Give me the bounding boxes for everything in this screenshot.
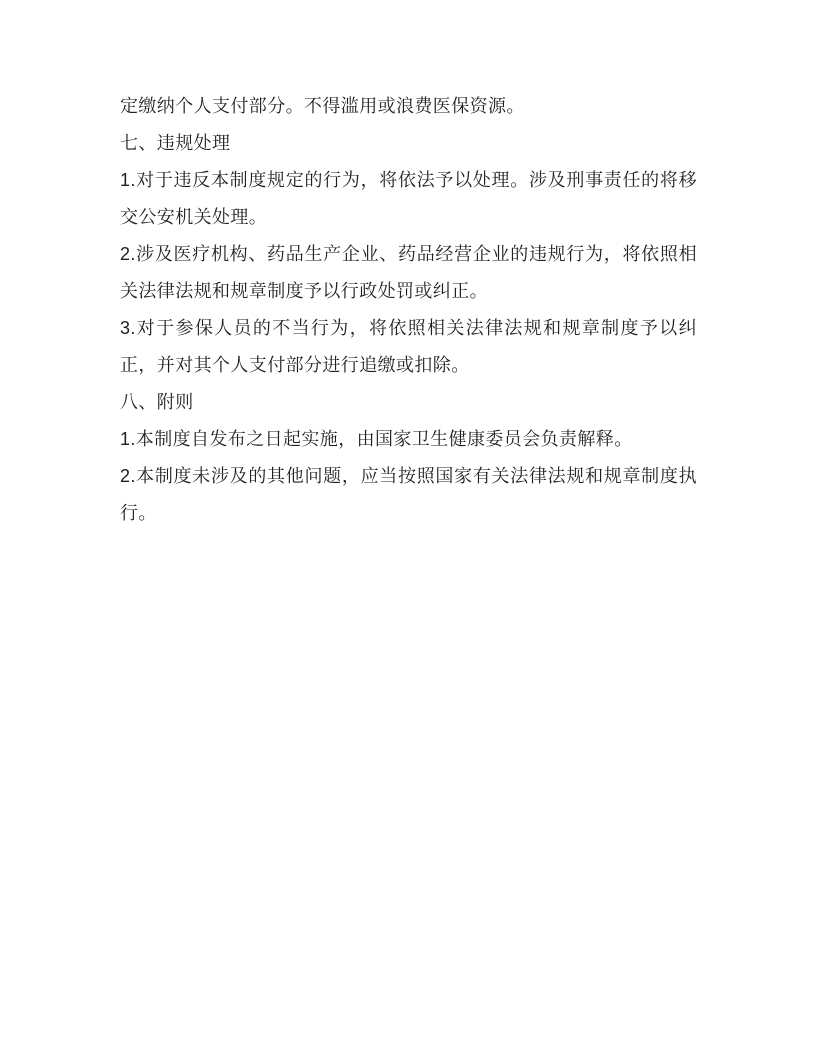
paragraph-line: 关法律法规和规章制度予以行政处罚或纠正。 [120, 273, 697, 310]
paragraph-line: 3.对于参保人员的不当行为，将依照相关法律法规和规章制度予以纠 [120, 310, 697, 347]
paragraph-line: 1.对于违反本制度规定的行为，将依法予以处理。涉及刑事责任的将移 [120, 162, 697, 199]
paragraph-line: 定缴纳个人支付部分。不得滥用或浪费医保资源。 [120, 88, 697, 125]
paragraph-line: 2.本制度未涉及的其他问题，应当按照国家有关法律法规和规章制度执 [120, 458, 697, 495]
paragraph-line: 正，并对其个人支付部分进行追缴或扣除。 [120, 347, 697, 384]
section-heading-line: 八、附则 [120, 384, 697, 421]
paragraph-line: 行。 [120, 495, 697, 532]
section-heading-line: 七、违规处理 [120, 125, 697, 162]
document-content: 定缴纳个人支付部分。不得滥用或浪费医保资源。七、违规处理1.对于违反本制度规定的… [120, 88, 697, 532]
paragraph-line: 2.涉及医疗机构、药品生产企业、药品经营企业的违规行为，将依照相 [120, 236, 697, 273]
paragraph-line: 交公安机关处理。 [120, 199, 697, 236]
paragraph-line: 1.本制度自发布之日起实施，由国家卫生健康委员会负责解释。 [120, 421, 697, 458]
document-page: 定缴纳个人支付部分。不得滥用或浪费医保资源。七、违规处理1.对于违反本制度规定的… [0, 0, 816, 1056]
